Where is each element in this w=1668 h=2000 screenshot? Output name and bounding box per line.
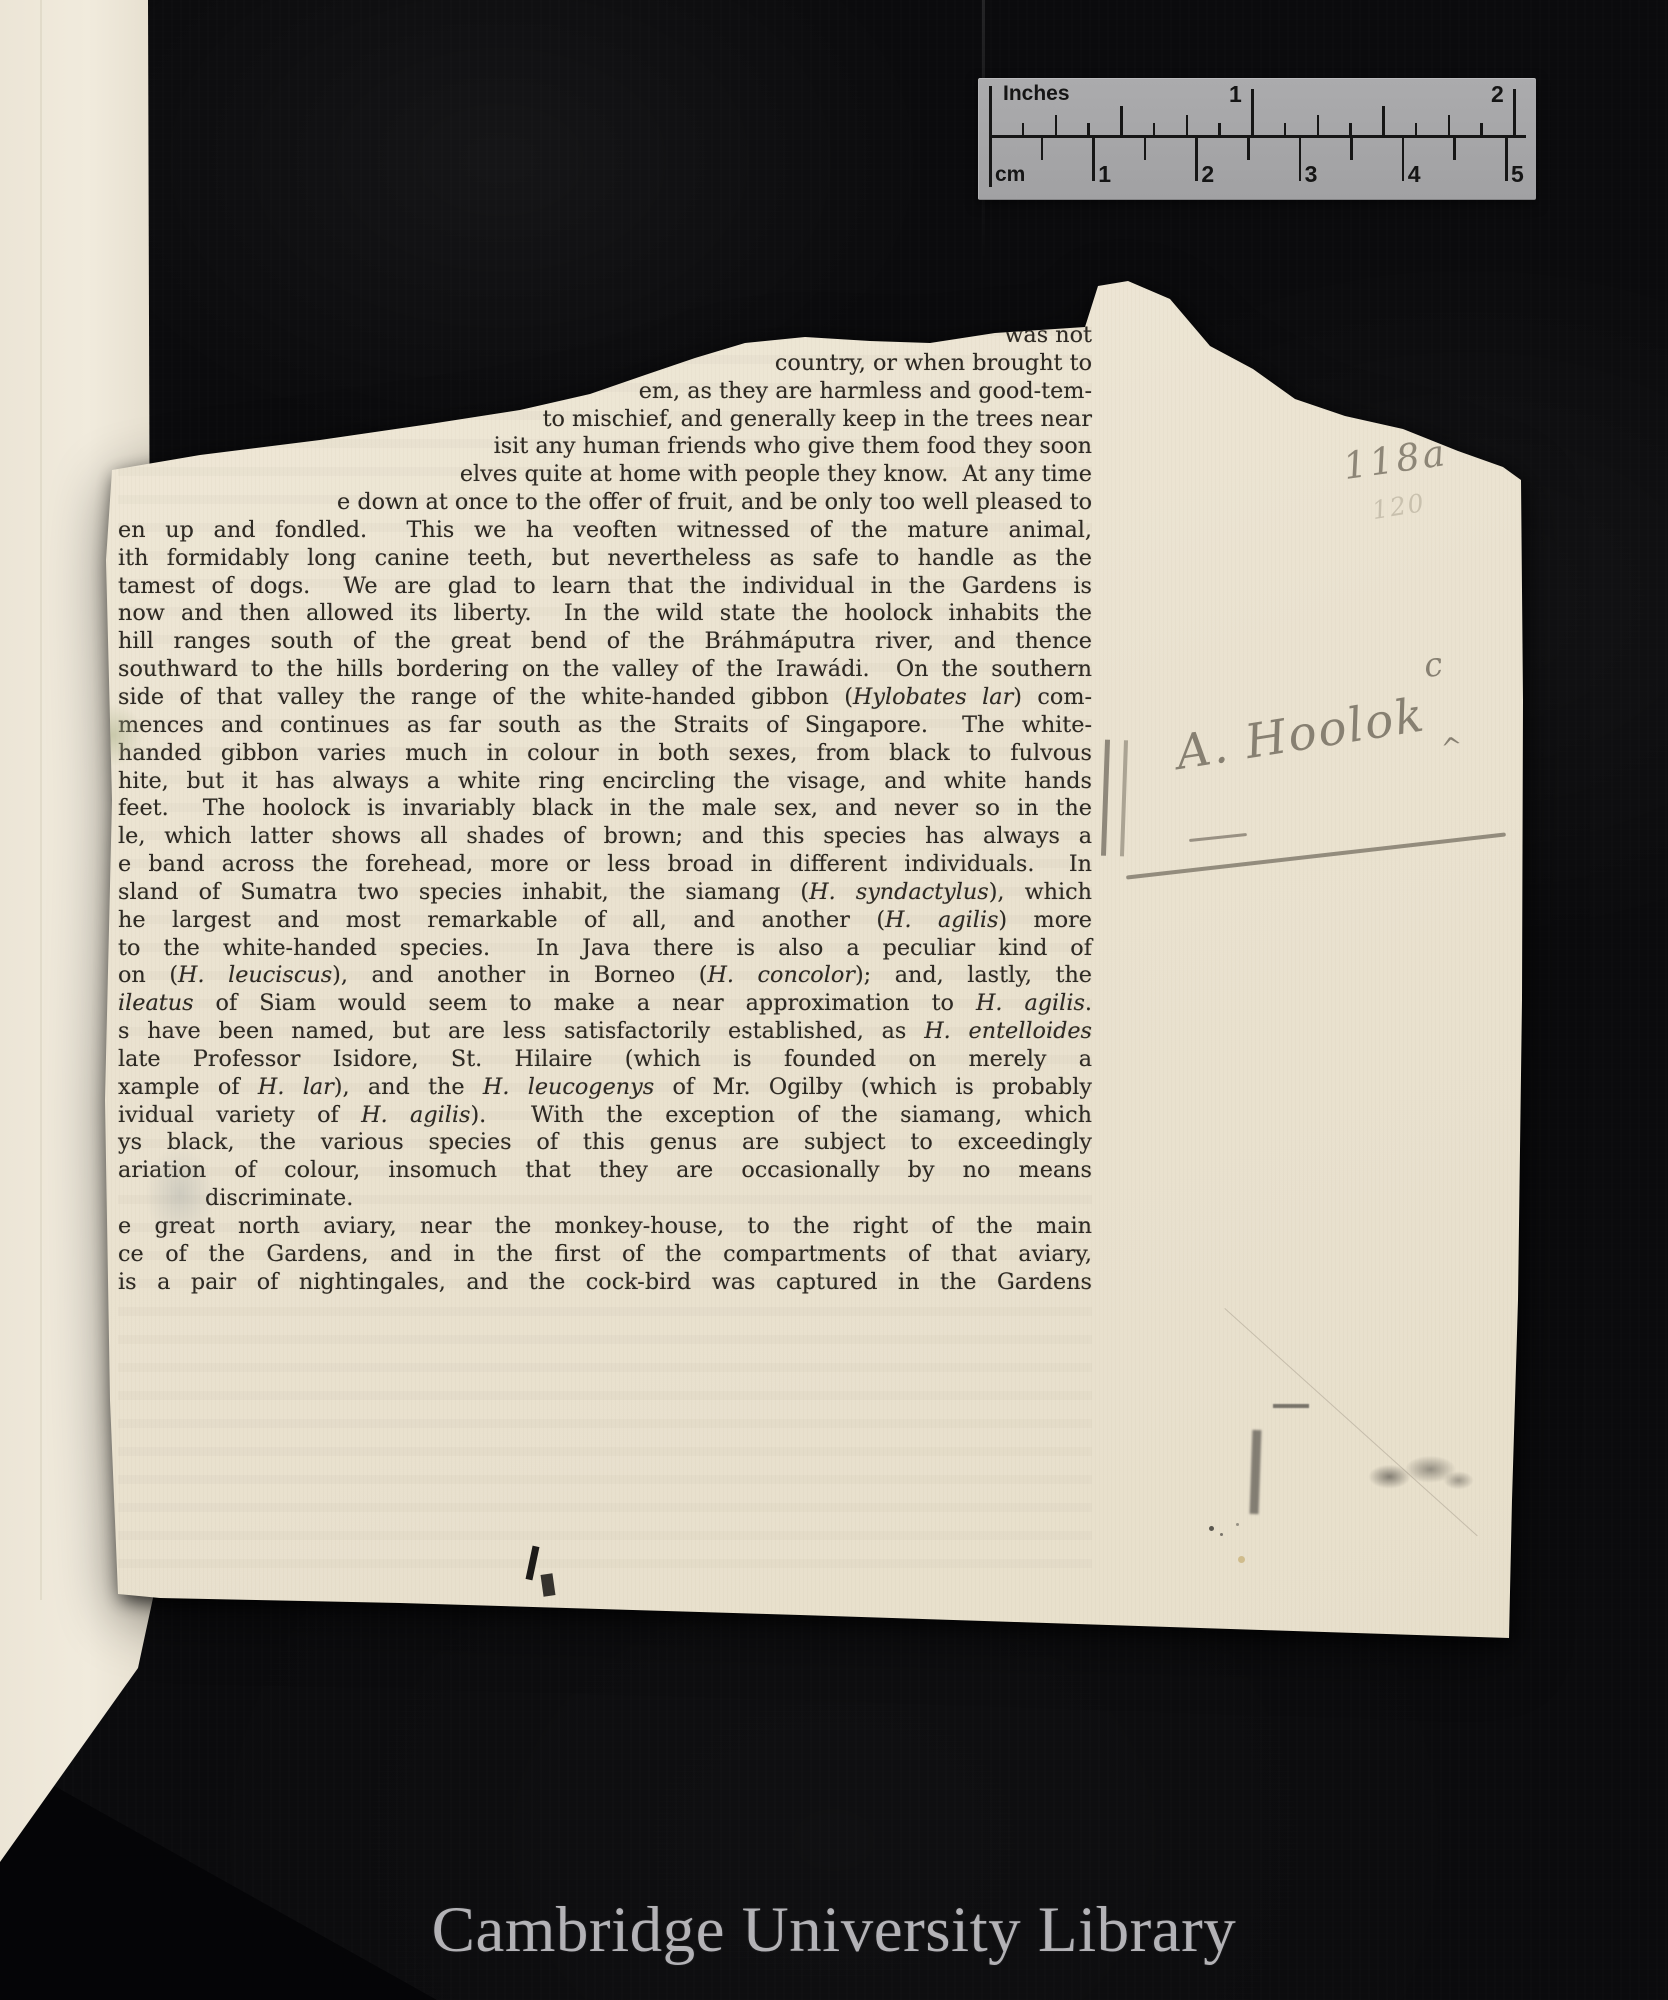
- ruler-tick: [1284, 123, 1287, 136]
- ruler-tick: [1415, 123, 1418, 136]
- ruler-tick: [1402, 138, 1405, 181]
- ruler-tick: [1022, 123, 1025, 136]
- pencil-underline: [1126, 832, 1506, 879]
- ruler-tick: [1382, 106, 1385, 136]
- inserted-letter: c: [1421, 644, 1447, 686]
- ruler-tick: [1480, 123, 1483, 136]
- ruler-cm-number: 5: [1511, 161, 1524, 188]
- clipping-line: late Professor Isidore, St. Hilaire (whi…: [118, 1046, 1092, 1074]
- gray-stain: [145, 1146, 215, 1241]
- clipping-line: to mischief, and generally keep in the t…: [118, 406, 1092, 434]
- clipping-line: discriminate.: [118, 1185, 1092, 1213]
- ruler-tick: [1448, 115, 1451, 136]
- ink-dots: [1209, 1526, 1214, 1531]
- edge-scuff-mark: [541, 1573, 556, 1596]
- torn-newspaper-clipping: was notcountry, or when brought toem, as…: [95, 268, 1530, 1648]
- clipping-line: was not: [118, 322, 1092, 350]
- ink-smudge: [1351, 1436, 1479, 1510]
- ruler-cm-number: 1: [1098, 161, 1111, 188]
- ruler-tick: [1186, 115, 1189, 136]
- ruler-cm-number: 4: [1408, 161, 1421, 188]
- clipping-line: side of that valley the range of the whi…: [118, 684, 1092, 712]
- clipping-line: ariation of colour, insomuch that they a…: [118, 1157, 1092, 1185]
- clipping-line: ce of the Gardens, and in the first of t…: [118, 1241, 1092, 1269]
- species-annotation-prefix: A.: [1172, 718, 1233, 781]
- ruler-tick: [1513, 89, 1516, 136]
- catalog-number-annotation: 118a: [1341, 431, 1451, 488]
- clipping-line: ileatus of Siam would seem to make a nea…: [118, 990, 1092, 1018]
- clipping-line: he largest and most remarkable of all, a…: [118, 907, 1092, 935]
- clipping-line: sland of Sumatra two species inhabit, th…: [118, 879, 1092, 907]
- clipping-line: elves quite at home with people they kno…: [118, 461, 1092, 489]
- ruler-tick: [1453, 138, 1456, 160]
- ruler-tick: [1349, 123, 1352, 136]
- clipping-line: s have been named, but are less satisfac…: [118, 1018, 1092, 1046]
- clipping-line: feet. The hoolock is invariably black in…: [118, 795, 1092, 823]
- clipping-line: e down at once to the offer of fruit, an…: [118, 489, 1092, 517]
- ruler-tick: [1350, 138, 1353, 160]
- ruler-inches-label: Inches: [1003, 82, 1070, 106]
- ruler-tick: [1195, 138, 1198, 181]
- ruler-tick: [1299, 138, 1302, 181]
- pencil-underline-short: [1189, 833, 1247, 842]
- ruler-tick: [1251, 89, 1254, 136]
- paper-crease: [1224, 1308, 1477, 1536]
- clipping-line: xample of H. lar), and the H. leucogenys…: [118, 1074, 1092, 1102]
- clipping-line: hill ranges south of the great bend of t…: [118, 628, 1092, 656]
- clipping-line: is a pair of nightingales, and the cock-…: [118, 1269, 1092, 1297]
- clipping-line: to the white-handed species. In Java the…: [118, 935, 1092, 963]
- clipping-line: en up and fondled. This we ha veoften wi…: [118, 517, 1092, 545]
- ruler-tick: [1218, 123, 1221, 136]
- faint-number-annotation: 120: [1370, 488, 1428, 525]
- species-annotation: A. Hoolok c ^: [1172, 687, 1429, 781]
- clipping-line: handed gibbon varies much in colour in b…: [118, 740, 1092, 768]
- clipping-line: now and then allowed its liberty. In the…: [118, 600, 1092, 628]
- ruler-tick: [1087, 123, 1090, 136]
- clipping-line: tamest of dogs. We are glad to learn tha…: [118, 573, 1092, 601]
- clipping-line: le, which latter shows all shades of bro…: [118, 823, 1092, 851]
- clipping-line: e band across the forehead, more or less…: [118, 851, 1092, 879]
- pencil-margin-mark: [1101, 740, 1128, 857]
- photograph-stage: was notcountry, or when brought toem, as…: [0, 0, 1668, 2000]
- foxing-spot: [1238, 1556, 1245, 1563]
- clipping-line: southward to the hills bordering on the …: [118, 656, 1092, 684]
- photographic-scale-ruler: Inches cm 1212345: [978, 78, 1536, 200]
- ruler-cm-label: cm: [995, 163, 1025, 187]
- library-watermark: Cambridge University Library: [0, 1893, 1668, 1968]
- ruler-tick: [1247, 138, 1250, 160]
- clipping-line: ys black, the various species of this ge…: [118, 1129, 1092, 1157]
- clipping-line: e great north aviary, near the monkey-ho…: [118, 1213, 1092, 1241]
- clipping-line: ividual variety of H. agilis). With the …: [118, 1102, 1092, 1130]
- ruler-inch-number: 1: [1229, 81, 1242, 108]
- clipping-line: mences and continues as far south as the…: [118, 712, 1092, 740]
- ruler-inch-number: 2: [1491, 81, 1504, 108]
- clipping-line: isit any human friends who give them foo…: [118, 433, 1092, 461]
- ruler-cm-number: 3: [1305, 161, 1318, 188]
- ruler-tick: [1153, 123, 1156, 136]
- insertion-caret: ^: [1439, 731, 1467, 764]
- ruler-tick: [1041, 138, 1044, 160]
- ruler-tick: [1505, 138, 1508, 181]
- ruler-cm-number: 2: [1201, 161, 1214, 188]
- ruler-tick: [1120, 106, 1123, 136]
- clipping-line: hite, but it has always a white ring enc…: [118, 768, 1092, 796]
- ruler-tick: [1092, 138, 1095, 181]
- ruler-tick: [1144, 138, 1147, 160]
- species-annotation-word: Hoolok: [1241, 687, 1429, 770]
- clipping-line: em, as they are harmless and good-tem-: [118, 378, 1092, 406]
- ruler-tick: [1317, 115, 1320, 136]
- printed-text-column: was notcountry, or when brought toem, as…: [118, 322, 1092, 1297]
- ruler-baseline: [989, 135, 1526, 138]
- clipping-line: on (H. leuciscus), and another in Borneo…: [118, 962, 1092, 990]
- clipping-wrapper: was notcountry, or when brought toem, as…: [95, 268, 1530, 1648]
- clipping-line: country, or when brought to: [118, 350, 1092, 378]
- page-crease: [40, 0, 42, 1600]
- ruler-tick: [1055, 115, 1058, 136]
- ink-dash: [1273, 1404, 1309, 1408]
- clipping-line: ith formidably long canine teeth, but ne…: [118, 545, 1092, 573]
- ink-mark: [1250, 1430, 1262, 1514]
